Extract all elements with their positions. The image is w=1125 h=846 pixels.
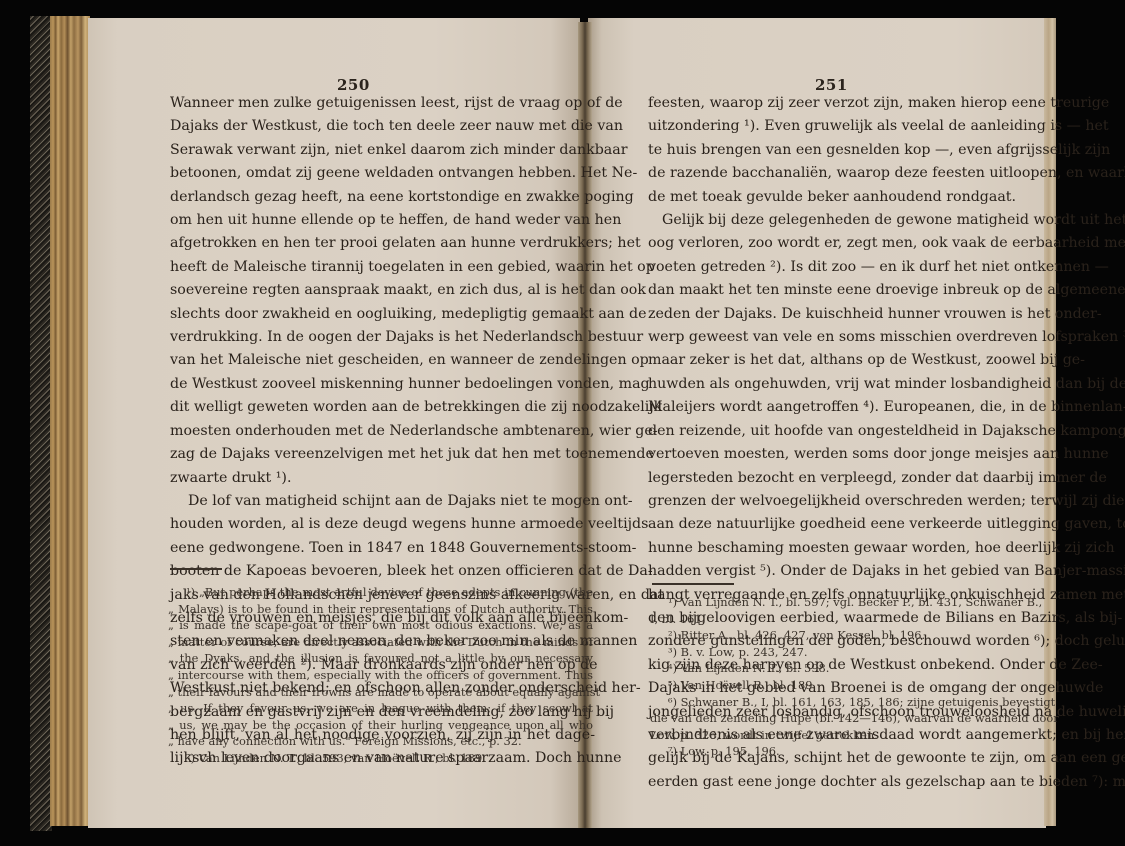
footnote-line: „ have any connection with us." Foreign … xyxy=(168,733,593,750)
text-line: om hen uit hunne ellende op te heffen, d… xyxy=(170,209,595,232)
footnote-line: ⁶) Schwaner B., I, bl. 161, 163, 185, 18… xyxy=(650,694,1030,711)
text-line: maar zeker is het dat, althans op de Wes… xyxy=(648,349,1030,372)
text-line: dit welligt geweten worden aan de betrek… xyxy=(170,396,595,419)
text-line: Dajaks der Westkust, die toch ten deele … xyxy=(170,115,595,138)
text-line: eene gedwongene. Toen in 1847 en 1848 Go… xyxy=(170,537,595,560)
paragraph-start-line: De lof van matigheid schijnt aan de Daja… xyxy=(170,490,595,513)
text-line: Serawak verwant zijn, niet enkel daarom … xyxy=(170,139,595,162)
text-line: de Westkust zooveel miskenning hunner be… xyxy=(170,373,595,396)
footnote-line: „ their favours and their frowns are mad… xyxy=(168,684,593,701)
text-line: vertoeven moesten, werden soms door jong… xyxy=(648,443,1030,466)
footnote-line: „ Malays) is to be found in their repres… xyxy=(168,601,593,618)
footnote-line: ⁴) Van Lijnden N. T., bl. 598. xyxy=(650,660,1030,677)
footnote-line: „ us, we may be the occasion of their hu… xyxy=(168,717,593,734)
text-line: hunne beschaming moesten gewaar worden, … xyxy=(648,537,1030,560)
text-line: heeft de Maleische tirannij toegelaten i… xyxy=(170,256,595,279)
text-line: verdrukking. In de oogen der Dajaks is h… xyxy=(170,326,595,349)
text-line: werp geweest van vele en soms misschien … xyxy=(648,326,1030,349)
footnote-line: ¹) Van Lijnden N. T., bl. 597; vgl. Beck… xyxy=(650,594,1030,611)
text-line: soevereine regten aanspraak maakt, en zi… xyxy=(170,279,595,302)
footnote-line: ²) Ritter A., bl. 426, 427, von Kessel, … xyxy=(650,627,1030,644)
footnote-line: ³) B. v. Low, p. 243, 247. xyxy=(650,644,1030,661)
page-edges-left xyxy=(50,16,90,826)
text-line: zeden der Dajaks. De kuischheid hunner v… xyxy=(648,303,1030,326)
text-line: betoonen, omdat zij geene weldaden ontva… xyxy=(170,162,595,185)
footnote-line: ⁷) Low, p. 195, 196. xyxy=(650,743,1030,760)
text-line: Maleijers wordt aangetroffen ⁴). Europea… xyxy=(648,396,1030,419)
footnote-line: ¹) „But perhaps the most artful device o… xyxy=(168,584,593,601)
footnote-line: Low, p. 326, wordt in twijfel getrokken. xyxy=(650,727,1030,744)
footnote-line: ⁵) Van Hoëvell R., bl. 189. xyxy=(650,677,1030,694)
text-line: hadden vergist ⁵). Onder de Dajaks in he… xyxy=(648,560,1030,583)
footnote-line: „ matter of course, are directly associa… xyxy=(168,634,593,651)
footnote-rule-right xyxy=(652,583,734,585)
text-line: dan maakt het ten minste eene droevige i… xyxy=(648,279,1030,302)
text-line: te huis brengen van een gesnelden kop —,… xyxy=(648,139,1030,162)
footnote-line: „ is made the scape-goat of their own mo… xyxy=(168,617,593,634)
text-line: grenzen der welvoegelijkheid overschrede… xyxy=(648,490,1030,513)
footnote-line: ²) Van Lijnden N. T., bl. 593, van Hoëve… xyxy=(168,750,593,767)
text-line: slechts door zwakheid en oogluiking, med… xyxy=(170,303,595,326)
text-line: oog verloren, zoo wordt er, zegt men, oo… xyxy=(648,232,1030,255)
text-line: booten de Kapoeas bevoeren, bleek het on… xyxy=(170,560,595,583)
text-line: huwden als ongehuwden, vrij wat minder l… xyxy=(648,373,1030,396)
footnote-rule-left xyxy=(170,568,222,570)
text-line: uitzondering ¹). Even gruwelijk als veel… xyxy=(648,115,1030,138)
text-line: van het Maleische niet gescheiden, en wa… xyxy=(170,349,595,372)
text-line: de met toeak gevulde beker aanhoudend ro… xyxy=(648,186,1030,209)
text-line: houden worden, al is deze deugd wegens h… xyxy=(170,513,595,536)
footnote-line: „ intercourse with them, especially with… xyxy=(168,667,593,684)
text-line: aan deze natuurlijke goedheid eene verke… xyxy=(648,513,1030,536)
footnote-line: „ us. If they favour us, we are in leagu… xyxy=(168,700,593,717)
text-line: afgetrokken en hen ter prooi gelaten aan… xyxy=(170,232,595,255)
footnote-line: I, bl. 161. xyxy=(650,611,1030,628)
footnote-line: die van den zendeling Hupe (bl. 142—146)… xyxy=(650,710,1030,727)
text-line: moesten onderhouden met de Nederlandsche… xyxy=(170,420,595,443)
text-line: voeten getreden ²). Is dit zoo — en ik d… xyxy=(648,256,1030,279)
text-line: legersteden bezocht en verpleegd, zonder… xyxy=(648,467,1030,490)
text-line: de razende bacchanaliën, waarop deze fee… xyxy=(648,162,1030,185)
text-line: Wanneer men zulke getuigenissen leest, r… xyxy=(170,92,595,115)
right-page-footnotes: ¹) Van Lijnden N. T., bl. 597; vgl. Beck… xyxy=(650,594,1030,760)
text-line: den reizende, uit hoofde van ongesteldhe… xyxy=(648,420,1030,443)
book-cover-left xyxy=(30,16,52,831)
text-line: zwaarte drukt ¹). xyxy=(170,467,595,490)
text-line: eerden gast eene jonge dochter als gezel… xyxy=(648,771,1030,794)
text-line: derlandsch gezag heeft, na eene kortston… xyxy=(170,186,595,209)
paragraph-start-line: Gelijk bij deze gelegenheden de gewone m… xyxy=(648,209,1030,232)
footnote-line: „ the Dyaks, and the illusion is favoure… xyxy=(168,650,593,667)
left-page-footnotes: ¹) „But perhaps the most artful device o… xyxy=(168,584,593,767)
text-line: zag de Dajaks vereenzelvigen met het juk… xyxy=(170,443,595,466)
text-line: feesten, waarop zij zeer verzot zijn, ma… xyxy=(648,92,1030,115)
